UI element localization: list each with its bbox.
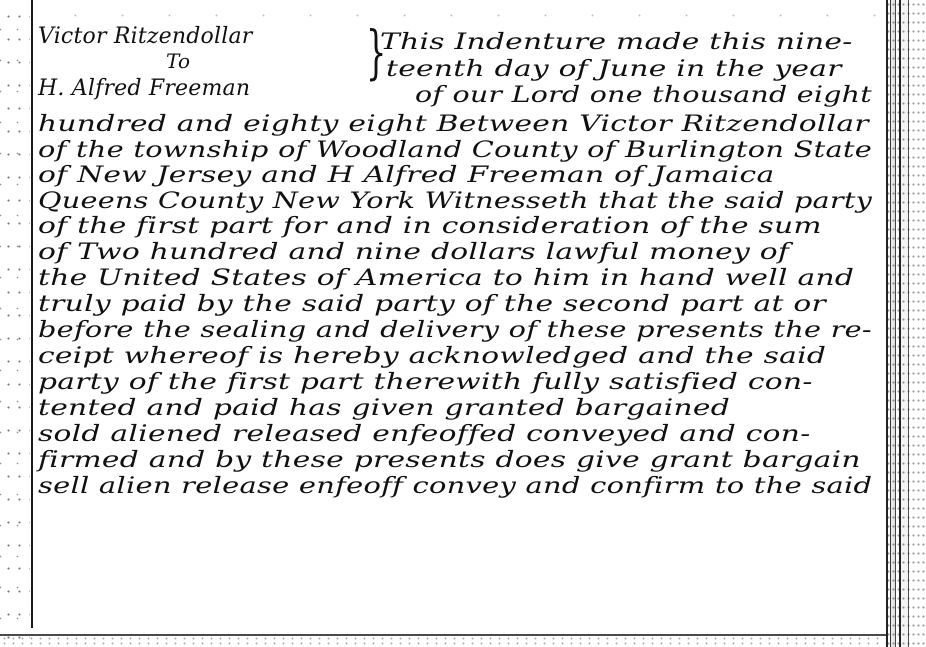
deed-line: of our Lord one thousand eight [415, 83, 768, 108]
deed-line: teenth day of June in the year [386, 57, 724, 82]
deed-page: Victor Ritzendollar To H. Alfred Freeman… [0, 0, 926, 647]
deed-line: the United States of America to him in h… [38, 266, 643, 291]
deed-line: of the township of Woodland County of Bu… [38, 138, 675, 163]
deed-line: This Indenture made this nine- [380, 30, 730, 55]
grantee-name: H. Alfred Freeman [38, 76, 250, 101]
deed-line: of New Jersey and H Alfred Freeman of Ja… [38, 163, 584, 188]
deed-line: truly paid by the said party of the seco… [38, 292, 622, 317]
deed-line: Queens County New York Witnesseth that t… [38, 189, 678, 214]
deed-line: tented and paid has given granted bargai… [38, 396, 551, 421]
deed-line: of Two hundred and nine dollars lawful m… [38, 240, 594, 265]
deed-line: sell alien release enfeoff convey and co… [38, 474, 673, 499]
deed-line: ceipt whereof is hereby acknowledged and… [38, 344, 622, 369]
deed-line: of the first part for and in considerati… [38, 214, 619, 239]
deed-line: party of the first part therewith fully … [38, 370, 612, 395]
to-label: To [166, 49, 190, 73]
grantor-name: Victor Ritzendollar [38, 24, 253, 49]
deed-line: hundred and eighty eight Between Victor … [38, 112, 653, 137]
binding-speckle [886, 0, 926, 647]
deed-line: firmed and by these presents does give g… [38, 448, 648, 473]
bottom-speckle [0, 636, 890, 647]
margin-speckle [0, 0, 30, 647]
deed-line: sold aliened released enfeoffed conveyed… [38, 422, 610, 447]
left-margin-rule [31, 0, 33, 628]
deed-line: before the sealing and delivery of these… [38, 318, 676, 343]
